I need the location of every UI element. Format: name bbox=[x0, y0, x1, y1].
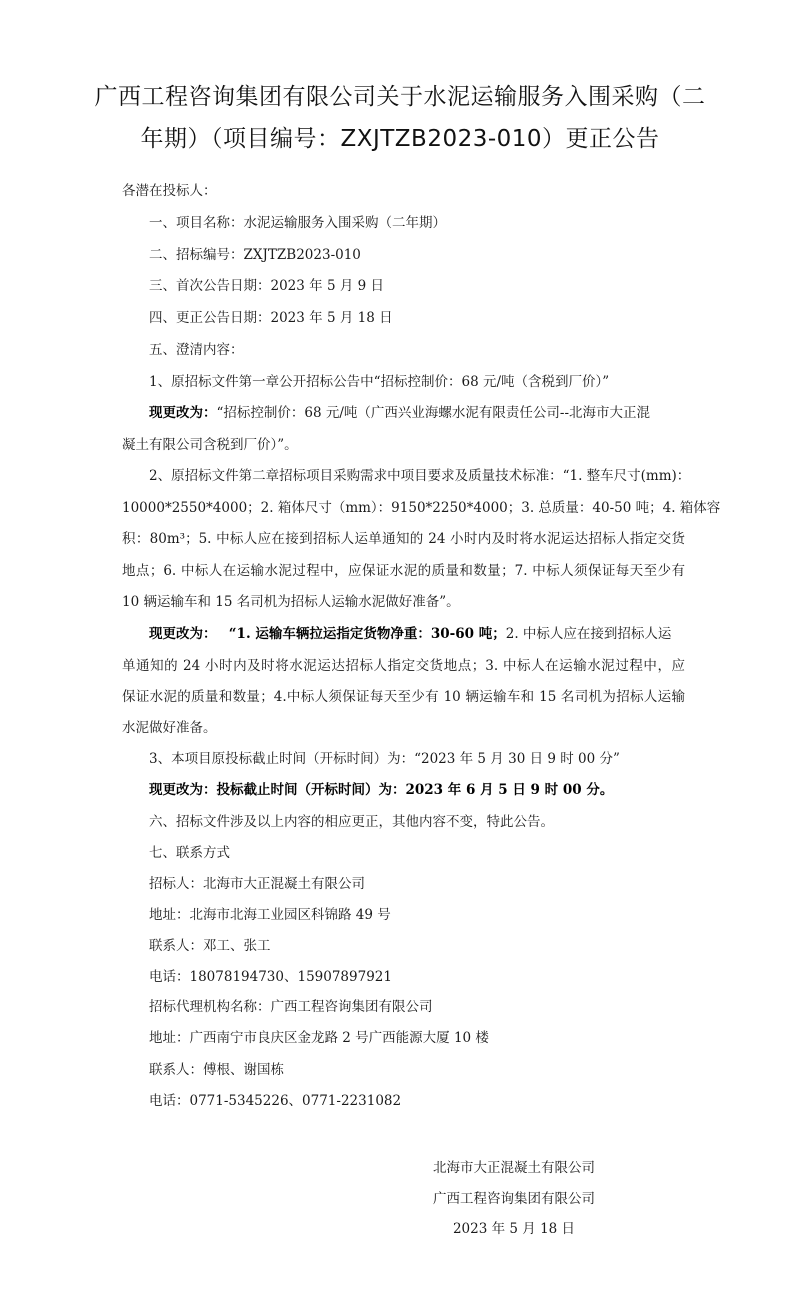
item-bid-number: 二、招标编号：ZXJTZB2023-010 bbox=[149, 246, 361, 264]
clarification-1-change: 现更改为：“招标控制价：68 元/吨（广西兴业海螺水泥有限责任公司--北海市大正… bbox=[149, 404, 685, 422]
clarification-2-original-line: 10 辆运输车和 15 名司机为招标人运输水泥做好准备”。 bbox=[122, 593, 460, 611]
tenderer-address: 地址：北海市北海工业园区科锦路 49 号 bbox=[149, 906, 391, 924]
clarification-2-change-line: 保证水泥的质量和数量；4.中标人须保证每天至少有 10 辆运输车和 15 名司机… bbox=[122, 688, 685, 706]
clarification-2-original-line: 2、原招标文件第二章招标项目采购需求中项目要求及质量技术标准：“1. 整车尺寸(… bbox=[149, 467, 685, 485]
agency-name: 招标代理机构名称：广西工程咨询集团有限公司 bbox=[149, 998, 433, 1016]
item-correction-date: 四、更正公告日期：2023 年 5 月 18 日 bbox=[149, 309, 393, 327]
change-label: 现更改为： bbox=[149, 405, 217, 421]
agency-contact: 联系人：傅根、谢国栋 bbox=[149, 1061, 284, 1079]
signature-date: 2023 年 5 月 18 日 bbox=[389, 1217, 639, 1237]
tenderer: 招标人：北海市大正混凝土有限公司 bbox=[149, 875, 365, 893]
tenderer-phone: 电话：18078194730、15907897921 bbox=[149, 968, 392, 986]
clarification-1-change-cont: 凝土有限公司含税到厂价）”。 bbox=[122, 436, 298, 454]
clarification-2-change-line: 单通知的 24 小时内及时将水泥运达招标人指定交货地点；3. 中标人在运输水泥过… bbox=[122, 657, 685, 675]
clarification-3-change: 现更改为：投标截止时间（开标时间）为：2023 年 6 月 5 日 9 时 00… bbox=[149, 781, 613, 799]
clarification-2-original-line: 10000*2550*4000；2. 箱体尺寸（mm）：9150*2250*40… bbox=[122, 499, 685, 517]
change-label: 现更改为： bbox=[149, 626, 217, 642]
tenderer-contact: 联系人：邓工、张工 bbox=[149, 937, 271, 955]
document-title-line-1: 广西工程咨询集团有限公司关于水泥运输服务入围采购（二 bbox=[0, 78, 800, 111]
agency-phone: 电话：0771-5345226、0771-2231082 bbox=[149, 1092, 401, 1110]
document-page: 广西工程咨询集团有限公司关于水泥运输服务入围采购（二 年期）（项目编号：ZXJT… bbox=[0, 0, 800, 1313]
clarification-2-original-line: 积：80m³；5. 中标人应在接到招标人运单通知的 24 小时内及时将水泥运达招… bbox=[122, 530, 685, 548]
clarification-2-change-line: 水泥做好准备。 bbox=[122, 719, 217, 737]
clarification-2-change-rest: 2. 中标人应在接到招标人运 bbox=[506, 626, 672, 642]
clarification-2-change-bold: “1. 运输车辆拉运指定货物净重：30-60 吨； bbox=[229, 626, 506, 642]
item-7-heading: 七、联系方式 bbox=[149, 844, 230, 862]
item-project-name: 一、项目名称：水泥运输服务入围采购（二年期） bbox=[149, 214, 446, 232]
item-clarification-heading: 五、澄清内容： bbox=[149, 341, 244, 359]
signature-org-1: 北海市大正混凝土有限公司 bbox=[389, 1156, 639, 1176]
clarification-2-original-line: 地点；6. 中标人在运输水泥过程中，应保证水泥的质量和数量；7. 中标人须保证每… bbox=[122, 562, 685, 580]
item-first-date: 三、首次公告日期：2023 年 5 月 9 日 bbox=[149, 277, 384, 295]
item-6: 六、招标文件涉及以上内容的相应更正，其他内容不变，特此公告。 bbox=[149, 813, 554, 831]
agency-address: 地址：广西南宁市良庆区金龙路 2 号广西能源大厦 10 楼 bbox=[149, 1029, 489, 1047]
salutation: 各潜在投标人： bbox=[122, 182, 217, 200]
signature-org-2: 广西工程咨询集团有限公司 bbox=[389, 1187, 639, 1207]
clarification-1-change-text: “招标控制价：68 元/吨（广西兴业海螺水泥有限责任公司--北海市大正混 bbox=[217, 405, 651, 421]
clarification-3-original: 3、本项目原投标截止时间（开标时间）为：“2023 年 5 月 30 日 9 时… bbox=[149, 750, 620, 768]
document-title-line-2: 年期）（项目编号：ZXJTZB2023-010）更正公告 bbox=[0, 120, 800, 153]
clarification-1-original: 1、原招标文件第一章公开招标公告中“招标控制价：68 元/吨（含税到厂价）” bbox=[149, 373, 609, 391]
clarification-2-change: 现更改为： “1. 运输车辆拉运指定货物净重：30-60 吨；2. 中标人应在接… bbox=[149, 625, 685, 643]
